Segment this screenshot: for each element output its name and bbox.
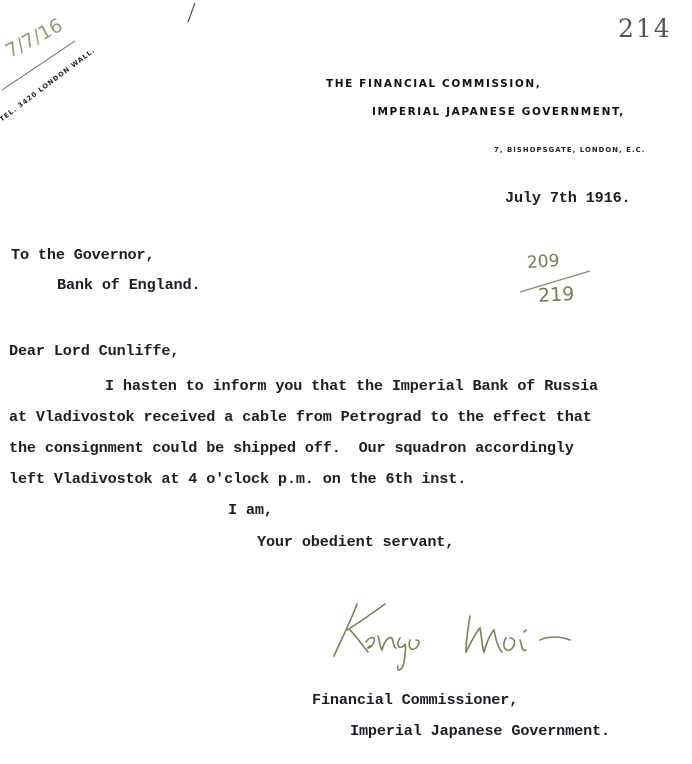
pencil-tick-mark bbox=[188, 3, 195, 22]
signatory-organization: Imperial Japanese Government. bbox=[350, 722, 610, 740]
letterhead-line-2: IMPERIAL JAPANESE GOVERNMENT, bbox=[372, 106, 625, 118]
page-number: 214 bbox=[618, 14, 672, 43]
body-line-2: at Vladivostok received a cable from Pet… bbox=[9, 408, 592, 426]
reference-number-top: 209 bbox=[526, 251, 560, 273]
recipient-line-2: Bank of England. bbox=[57, 276, 200, 294]
salutation: Dear Lord Cunliffe, bbox=[9, 342, 179, 360]
letterhead-line-1: THE FINANCIAL COMMISSION, bbox=[326, 78, 541, 90]
reference-number-bottom: 219 bbox=[537, 283, 574, 307]
signature-strokes bbox=[334, 604, 570, 670]
body-line-3: the consignment could be shipped off. Ou… bbox=[9, 439, 574, 457]
closing-line-2: Your obedient servant, bbox=[257, 533, 454, 551]
body-line-1: I hasten to inform you that the Imperial… bbox=[105, 377, 598, 395]
recipient-line-1: To the Governor, bbox=[11, 246, 154, 264]
closing-line-1: I am, bbox=[228, 501, 273, 519]
signatory-title: Financial Commissioner, bbox=[312, 691, 518, 709]
letter-date: July 7th 1916. bbox=[505, 189, 631, 207]
letterhead-address: 7, BISHOPSGATE, LONDON, E.C. bbox=[494, 146, 645, 154]
body-line-4: left Vladivostok at 4 o'clock p.m. on th… bbox=[9, 470, 466, 488]
